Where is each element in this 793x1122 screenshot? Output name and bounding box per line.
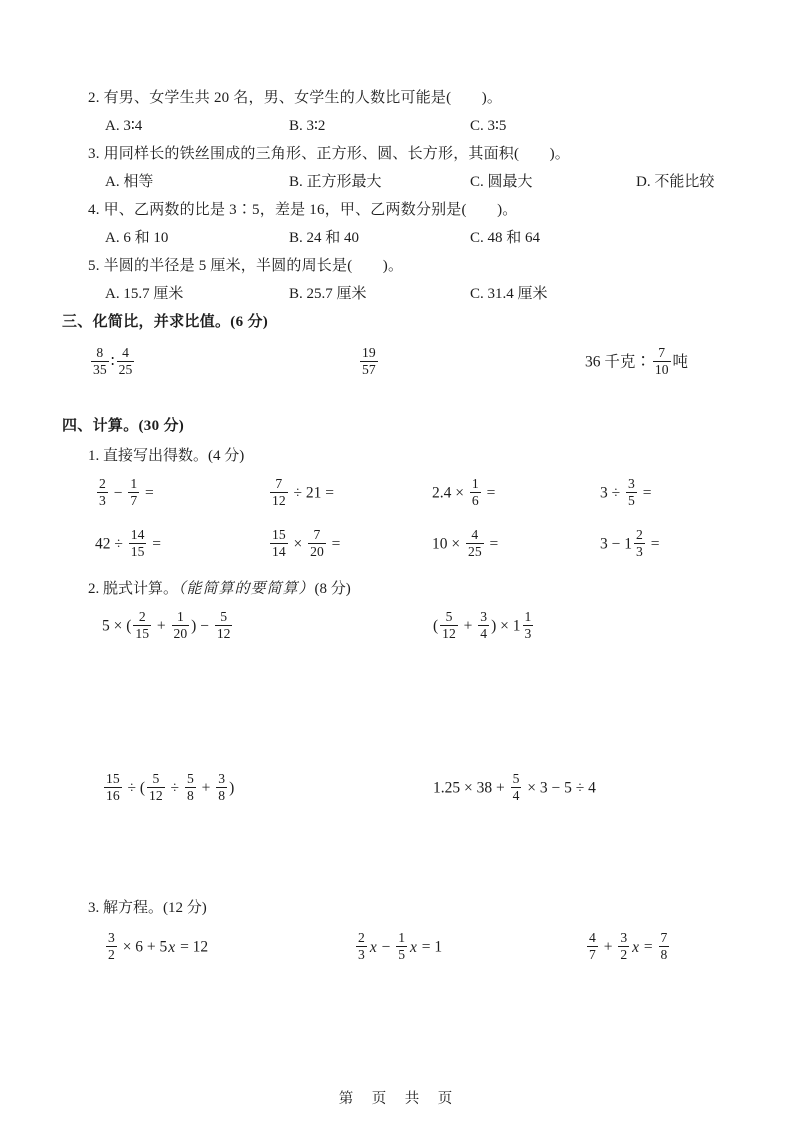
equation: 47 + 32x = 78 [585,932,753,964]
question-2: 2. 有男、女学生共 20 名，男、女学生的人数比可能是( )。 A. 3∶4 … [62,84,753,140]
option-c: C. 31.4 厘米 [470,280,753,308]
worksheet-page: 2. 有男、女学生共 20 名，男、女学生的人数比可能是( )。 A. 3∶4 … [0,0,793,1122]
question-5-options: A. 15.7 厘米 B. 25.7 厘米 C. 31.4 厘米 [105,280,753,308]
option-b: B. 24 和 40 [289,224,470,252]
option-c: C. 48 和 64 [470,224,753,252]
expression: 1.25 × 38 + 54 × 3 − 5 ÷ 4 [433,773,753,805]
expression: 5 × (215 + 120) − 512 [102,611,433,643]
option-a: A. 6 和 10 [105,224,289,252]
question-4-options: A. 6 和 10 B. 24 和 40 C. 48 和 64 [105,224,753,252]
equation: 32 × 6 + 5x = 12 [104,932,354,964]
section-simplify-items: 835∶425 1957 36 千克∶710吨 [89,337,753,390]
option-b: B. 25.7 厘米 [289,280,470,308]
question-4: 4. 甲、乙两数的比是 3∶5，差是 16，甲、乙两数分别是( )。 A. 6 … [62,196,753,252]
question-4-text: 4. 甲、乙两数的比是 3∶5，差是 16，甲、乙两数分别是( )。 [88,196,753,224]
simplify-expression-1: 835∶425 [89,347,358,379]
section-simplify-title: 三、化简比，并求比值。(6 分) [62,308,753,336]
option-d: D. 不能比较 [636,168,753,196]
option-a: A. 15.7 厘米 [105,280,289,308]
offform-calc-title-main: 2. 脱式计算。 [88,581,178,597]
expression: 42 ÷ 1415 = [95,529,268,561]
question-2-text: 2. 有男、女学生共 20 名，男、女学生的人数比可能是( )。 [88,84,753,112]
expression: 10 × 425 = [432,529,600,561]
solve-equations-row: 32 × 6 + 5x = 12 23x − 15x = 1 47 + 32x … [104,924,753,972]
solve-equations-title: 3. 解方程。(12 分) [88,894,753,922]
expression: 712 ÷ 21 = [268,478,432,510]
direct-calc-row-1: 23 − 17 = 712 ÷ 21 = 2.4 × 16 = 3 ÷ 35 = [95,470,753,519]
expression: (512 + 34) × 113 [433,611,753,643]
option-b: B. 3∶2 [289,112,470,140]
question-3-text: 3. 用同样长的铁丝围成的三角形、正方形、圆、长方形，其面积( )。 [88,140,753,168]
section-calc-title: 四、计算。(30 分) [62,412,753,440]
expression: 3 ÷ 35 = [600,478,753,510]
question-5-text: 5. 半圆的半径是 5 厘米，半圆的周长是( )。 [88,252,753,280]
question-3-options: A. 相等 B. 正方形最大 C. 圆最大 D. 不能比较 [105,168,753,196]
simplify-expression-3: 36 千克∶710吨 [585,347,753,379]
expression: 3 − 123 = [600,529,753,561]
expression: 1516 ÷ (512 ÷ 58 + 38) [102,773,433,805]
expression: 2.4 × 16 = [432,478,600,510]
question-3: 3. 用同样长的铁丝围成的三角形、正方形、圆、长方形，其面积( )。 A. 相等… [62,140,753,196]
offform-calc-points: (8 分) [315,581,351,597]
option-b: B. 正方形最大 [289,168,470,196]
option-a: A. 3∶4 [105,112,289,140]
worksheet-content: 2. 有男、女学生共 20 名，男、女学生的人数比可能是( )。 A. 3∶4 … [0,0,793,972]
offform-calc-row-2: 1516 ÷ (512 ÷ 58 + 38) 1.25 × 38 + 54 × … [102,765,753,813]
offform-calc-row-1: 5 × (215 + 120) − 512 (512 + 34) × 113 [102,603,753,651]
page-footer: 第 页 共 页 [0,1087,793,1108]
option-c: C. 圆最大 [470,168,636,196]
direct-calc-title: 1. 直接写出得数。(4 分) [88,442,753,470]
option-c: C. 3∶5 [470,112,753,140]
option-a: A. 相等 [105,168,289,196]
offform-calc-note: （能简算的要简算） [178,581,315,597]
simplify-expression-2: 1957 [358,347,585,379]
direct-calc-row-2: 42 ÷ 1415 = 1514 × 720 = 10 × 425 = 3 − … [95,521,753,570]
expression: 23 − 17 = [95,478,268,510]
question-2-options: A. 3∶4 B. 3∶2 C. 3∶5 [105,112,753,140]
offform-calc-title: 2. 脱式计算。（能简算的要简算）(8 分) [88,575,753,603]
question-5: 5. 半圆的半径是 5 厘米，半圆的周长是( )。 A. 15.7 厘米 B. … [62,252,753,308]
expression: 1514 × 720 = [268,529,432,561]
equation: 23x − 15x = 1 [354,932,585,964]
